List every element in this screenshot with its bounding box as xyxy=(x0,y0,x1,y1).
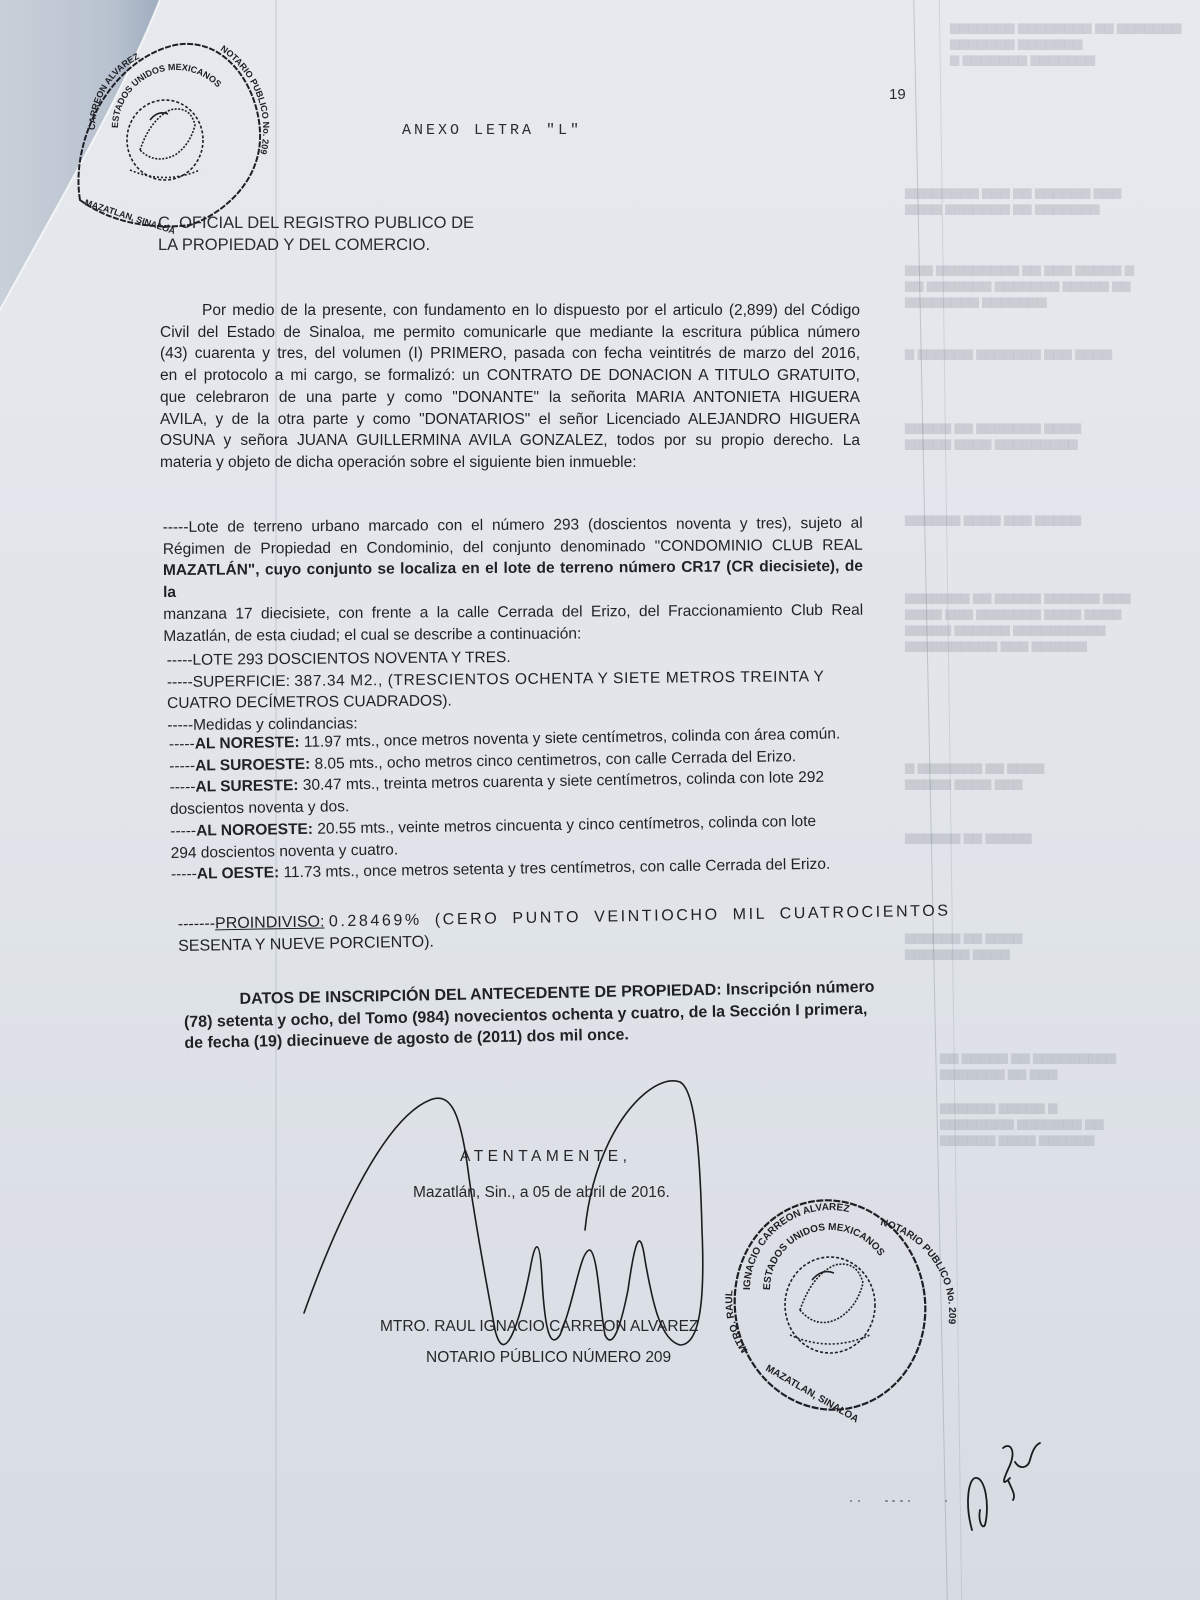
property-paragraph: -----Lote de terreno urbano marcado con … xyxy=(163,513,864,647)
registration-data: DATOS DE INSCRIPCIÓN DEL ANTECEDENTE DE … xyxy=(183,977,875,1055)
proindiviso-label: PROINDIVISO: xyxy=(215,913,325,932)
paragraph-line: Civil del Estado de Sinaloa, me permito … xyxy=(160,322,860,344)
paragraph-line: AVILA, y de la otra parte y como "DONATA… xyxy=(160,409,860,431)
boundary-direction: AL SUROESTE: xyxy=(195,755,310,774)
boundary-direction: AL SURESTE: xyxy=(195,777,298,796)
registration-line1: Inscripción número xyxy=(726,979,875,999)
svg-text:NOTARIO PUBLICO No. 209: NOTARIO PUBLICO No. 209 xyxy=(219,43,271,155)
place-date: Mazatlán, Sin., a 05 de abril de 2016. xyxy=(413,1184,670,1202)
boundary-prefix: ----- xyxy=(171,866,197,883)
paragraph-line: materia y objeto de dicha operación sobr… xyxy=(160,452,860,474)
svg-text:CARREON ALVAREZ: CARREON ALVAREZ xyxy=(87,51,141,130)
addressee-line: C. OFICIAL DEL REGISTRO PUBLICO DE xyxy=(158,212,474,234)
paragraph-line: Mazatlán, de esta ciudad; el cual se des… xyxy=(163,621,863,647)
paragraph-line: Por medio de la presente, con fundamento… xyxy=(160,300,860,322)
stray-marks xyxy=(850,1500,947,1502)
notary-stamp-bottom: IGNACIO CARREON ALVAREZ ESTADOS UNIDOS M… xyxy=(718,1185,957,1425)
boundaries-list: -----AL NORESTE: 11.97 mts., once metros… xyxy=(169,723,843,885)
svg-text:IGNACIO CARREON ALVAREZ: IGNACIO CARREON ALVAREZ xyxy=(742,1202,850,1290)
surface-value: 387.34 M2., (TRESCIENTOS OCHENTA Y SIETE… xyxy=(294,668,824,690)
boundary-prefix: ----- xyxy=(169,757,195,774)
page-number: 19 xyxy=(889,86,906,103)
svg-text:MAZATLAN, SINALOA: MAZATLAN, SINALOA xyxy=(764,1363,861,1425)
eagle-emblem-icon xyxy=(127,100,203,180)
addressee: C. OFICIAL DEL REGISTRO PUBLICO DE LA PR… xyxy=(158,212,474,256)
lot-details: -----LOTE 293 DOSCIENTOS NOVENTA Y TRES.… xyxy=(167,644,825,737)
paragraph-line: (43) cuarenta y tres, del volumen (I) PR… xyxy=(160,343,860,365)
paragraph-line: en el protocolo a mi cargo, se formalizó… xyxy=(160,365,860,387)
notary-title: NOTARIO PÚBLICO NÚMERO 209 xyxy=(426,1349,671,1367)
notary-stamp-top: CARREON ALVAREZ ESTADOS UNIDOS MEXICANOS… xyxy=(78,43,271,236)
paragraph-line: MAZATLÁN", cuyo conjunto se localiza en … xyxy=(163,556,863,604)
svg-text:MTRO. RAUL: MTRO. RAUL xyxy=(724,1290,750,1355)
notary-signature xyxy=(304,1081,703,1345)
boundary-direction: AL OESTE: xyxy=(197,865,280,883)
proindiviso: -------PROINDIVISO: 0.28469% (CERO PUNTO… xyxy=(178,901,952,958)
paragraph-line: OSUNA y señora JUANA GUILLERMINA AVILA G… xyxy=(160,430,860,452)
closing: ATENTAMENTE, xyxy=(460,1148,631,1166)
surface-label: -----SUPERFICIE: xyxy=(167,673,290,691)
svg-text:ESTADOS UNIDOS MEXICANOS: ESTADOS UNIDOS MEXICANOS xyxy=(110,62,223,128)
boundary-prefix: ----- xyxy=(170,822,196,839)
initials-signature xyxy=(968,1443,1040,1530)
intro-paragraph: Por medio de la presente, con fundamento… xyxy=(160,300,860,474)
eagle-emblem-icon xyxy=(785,1257,875,1353)
svg-text:ESTADOS UNIDOS MEXICANOS: ESTADOS UNIDOS MEXICANOS xyxy=(762,1222,887,1290)
boundary-prefix: ----- xyxy=(170,779,196,796)
paragraph-line: manzana 17 diecisiete, con frente a la c… xyxy=(163,600,863,626)
boundary-direction: AL NOROESTE: xyxy=(196,821,313,840)
svg-text:NOTARIO PUBLICO No. 209: NOTARIO PUBLICO No. 209 xyxy=(879,1217,957,1325)
addressee-line: LA PROPIEDAD Y DEL COMERCIO. xyxy=(158,234,474,256)
boundary-prefix: ----- xyxy=(169,736,195,753)
boundary-direction: AL NORESTE: xyxy=(195,734,300,753)
proindiviso-prefix: ------- xyxy=(178,915,216,933)
document-page: ▆▆▆▆▆▆▆ ▆▆▆▆▆▆▆▆ ▆▆ ▆▆▆▆▆▆▆ ▆▆▆▆▆▆▆ ▆▆▆▆… xyxy=(0,0,1200,1600)
annex-title: ANEXO LETRA "L" xyxy=(402,122,582,139)
paragraph-line: que celebraron de una parte y como "DONA… xyxy=(160,387,860,409)
notary-name: MTRO. RAUL IGNACIO CARREON ALVAREZ xyxy=(380,1318,698,1336)
